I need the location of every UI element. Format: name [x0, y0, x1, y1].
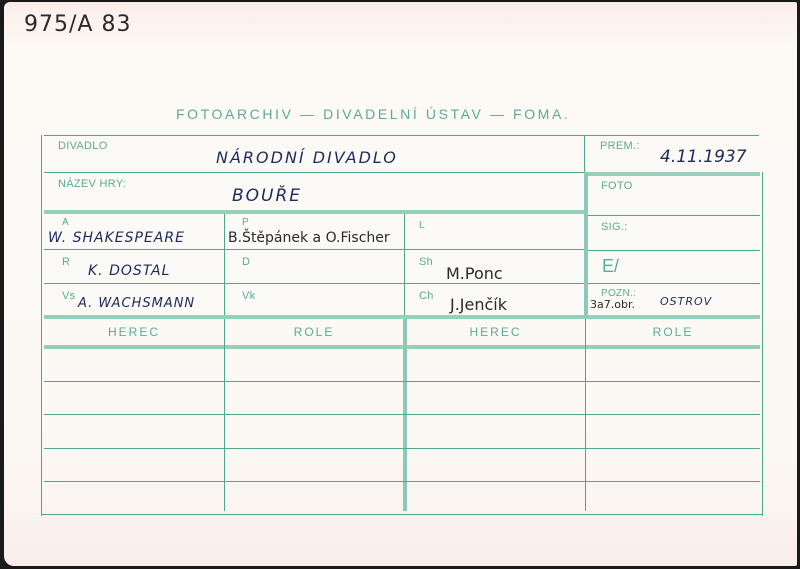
pozn-value-2: OSTROV: [660, 295, 712, 308]
vs-label: Vs: [62, 290, 75, 302]
row-divider: [588, 283, 760, 284]
col-divider: [584, 135, 585, 172]
row-divider: [44, 381, 760, 382]
col-divider: [585, 319, 586, 511]
card-heading: FOTOARCHIV — DIVADELNÍ ÚSTAV — FOMA.: [176, 106, 570, 122]
frame-bottom: [41, 514, 763, 515]
p-label: P: [242, 217, 249, 228]
frame-top: [44, 135, 584, 136]
row-divider: [588, 250, 760, 251]
nazev-hry-value: BOUŘE: [232, 186, 302, 206]
director-value: K. DOSTAL: [88, 263, 170, 279]
row-divider: [588, 215, 760, 216]
row-divider: [44, 249, 584, 250]
d-label: D: [242, 256, 250, 268]
vk-label: Vk: [242, 290, 255, 302]
col-divider-thick: [584, 172, 588, 318]
frame-right: [762, 172, 763, 516]
row-divider: [44, 414, 760, 415]
sig-label: SIG.:: [601, 221, 628, 233]
row-divider: [44, 448, 760, 449]
costume-value: A. WACHSMANN: [78, 296, 195, 311]
translator-value: B.Štěpánek a O.Fischer: [228, 230, 390, 246]
a-label: A: [62, 217, 69, 228]
prem-label: PREM.:: [600, 140, 640, 152]
catalog-number: 975/A 83: [24, 12, 131, 37]
table-top: [44, 315, 760, 319]
author-value: W. SHAKESPEARE: [48, 230, 185, 246]
table-header-role: ROLE: [225, 325, 403, 339]
col-divider: [224, 319, 225, 511]
nazev-hry-label: NÁZEV HRY:: [58, 178, 126, 190]
ch-label: Ch: [419, 290, 434, 302]
table-header-bottom: [44, 345, 760, 349]
table-header-actor: HEREC: [44, 325, 224, 339]
e-label: E/: [602, 256, 619, 277]
l-label: L: [419, 220, 425, 231]
divadlo-label: DIVADLO: [58, 140, 108, 152]
row-divider-thick: [588, 172, 760, 176]
frame-left: [41, 135, 42, 516]
row-divider: [44, 172, 584, 173]
pozn-value-1: 3a7.obr.: [590, 298, 635, 311]
frame-top-right: [584, 135, 759, 136]
row-divider-thick: [44, 210, 584, 214]
table-header-role: ROLE: [586, 325, 760, 339]
row-divider: [44, 481, 760, 482]
prem-value: 4.11.1937: [660, 147, 747, 167]
sh-label: Sh: [419, 256, 433, 268]
archive-card: 975/A 83 FOTOARCHIV — DIVADELNÍ ÚSTAV — …: [4, 2, 797, 566]
row-divider: [44, 283, 584, 284]
scenographer-value: M.Ponc: [446, 264, 503, 283]
col-divider-thick: [403, 319, 407, 511]
foto-label: FOTO: [601, 180, 633, 192]
col-divider: [404, 214, 405, 316]
choreographer-value: J.Jenčík: [450, 295, 507, 314]
divadlo-value: NÁRODNÍ DIVADLO: [216, 148, 398, 167]
col-divider: [224, 214, 225, 316]
r-label: R: [62, 256, 70, 268]
table-header-actor: HEREC: [406, 325, 585, 339]
